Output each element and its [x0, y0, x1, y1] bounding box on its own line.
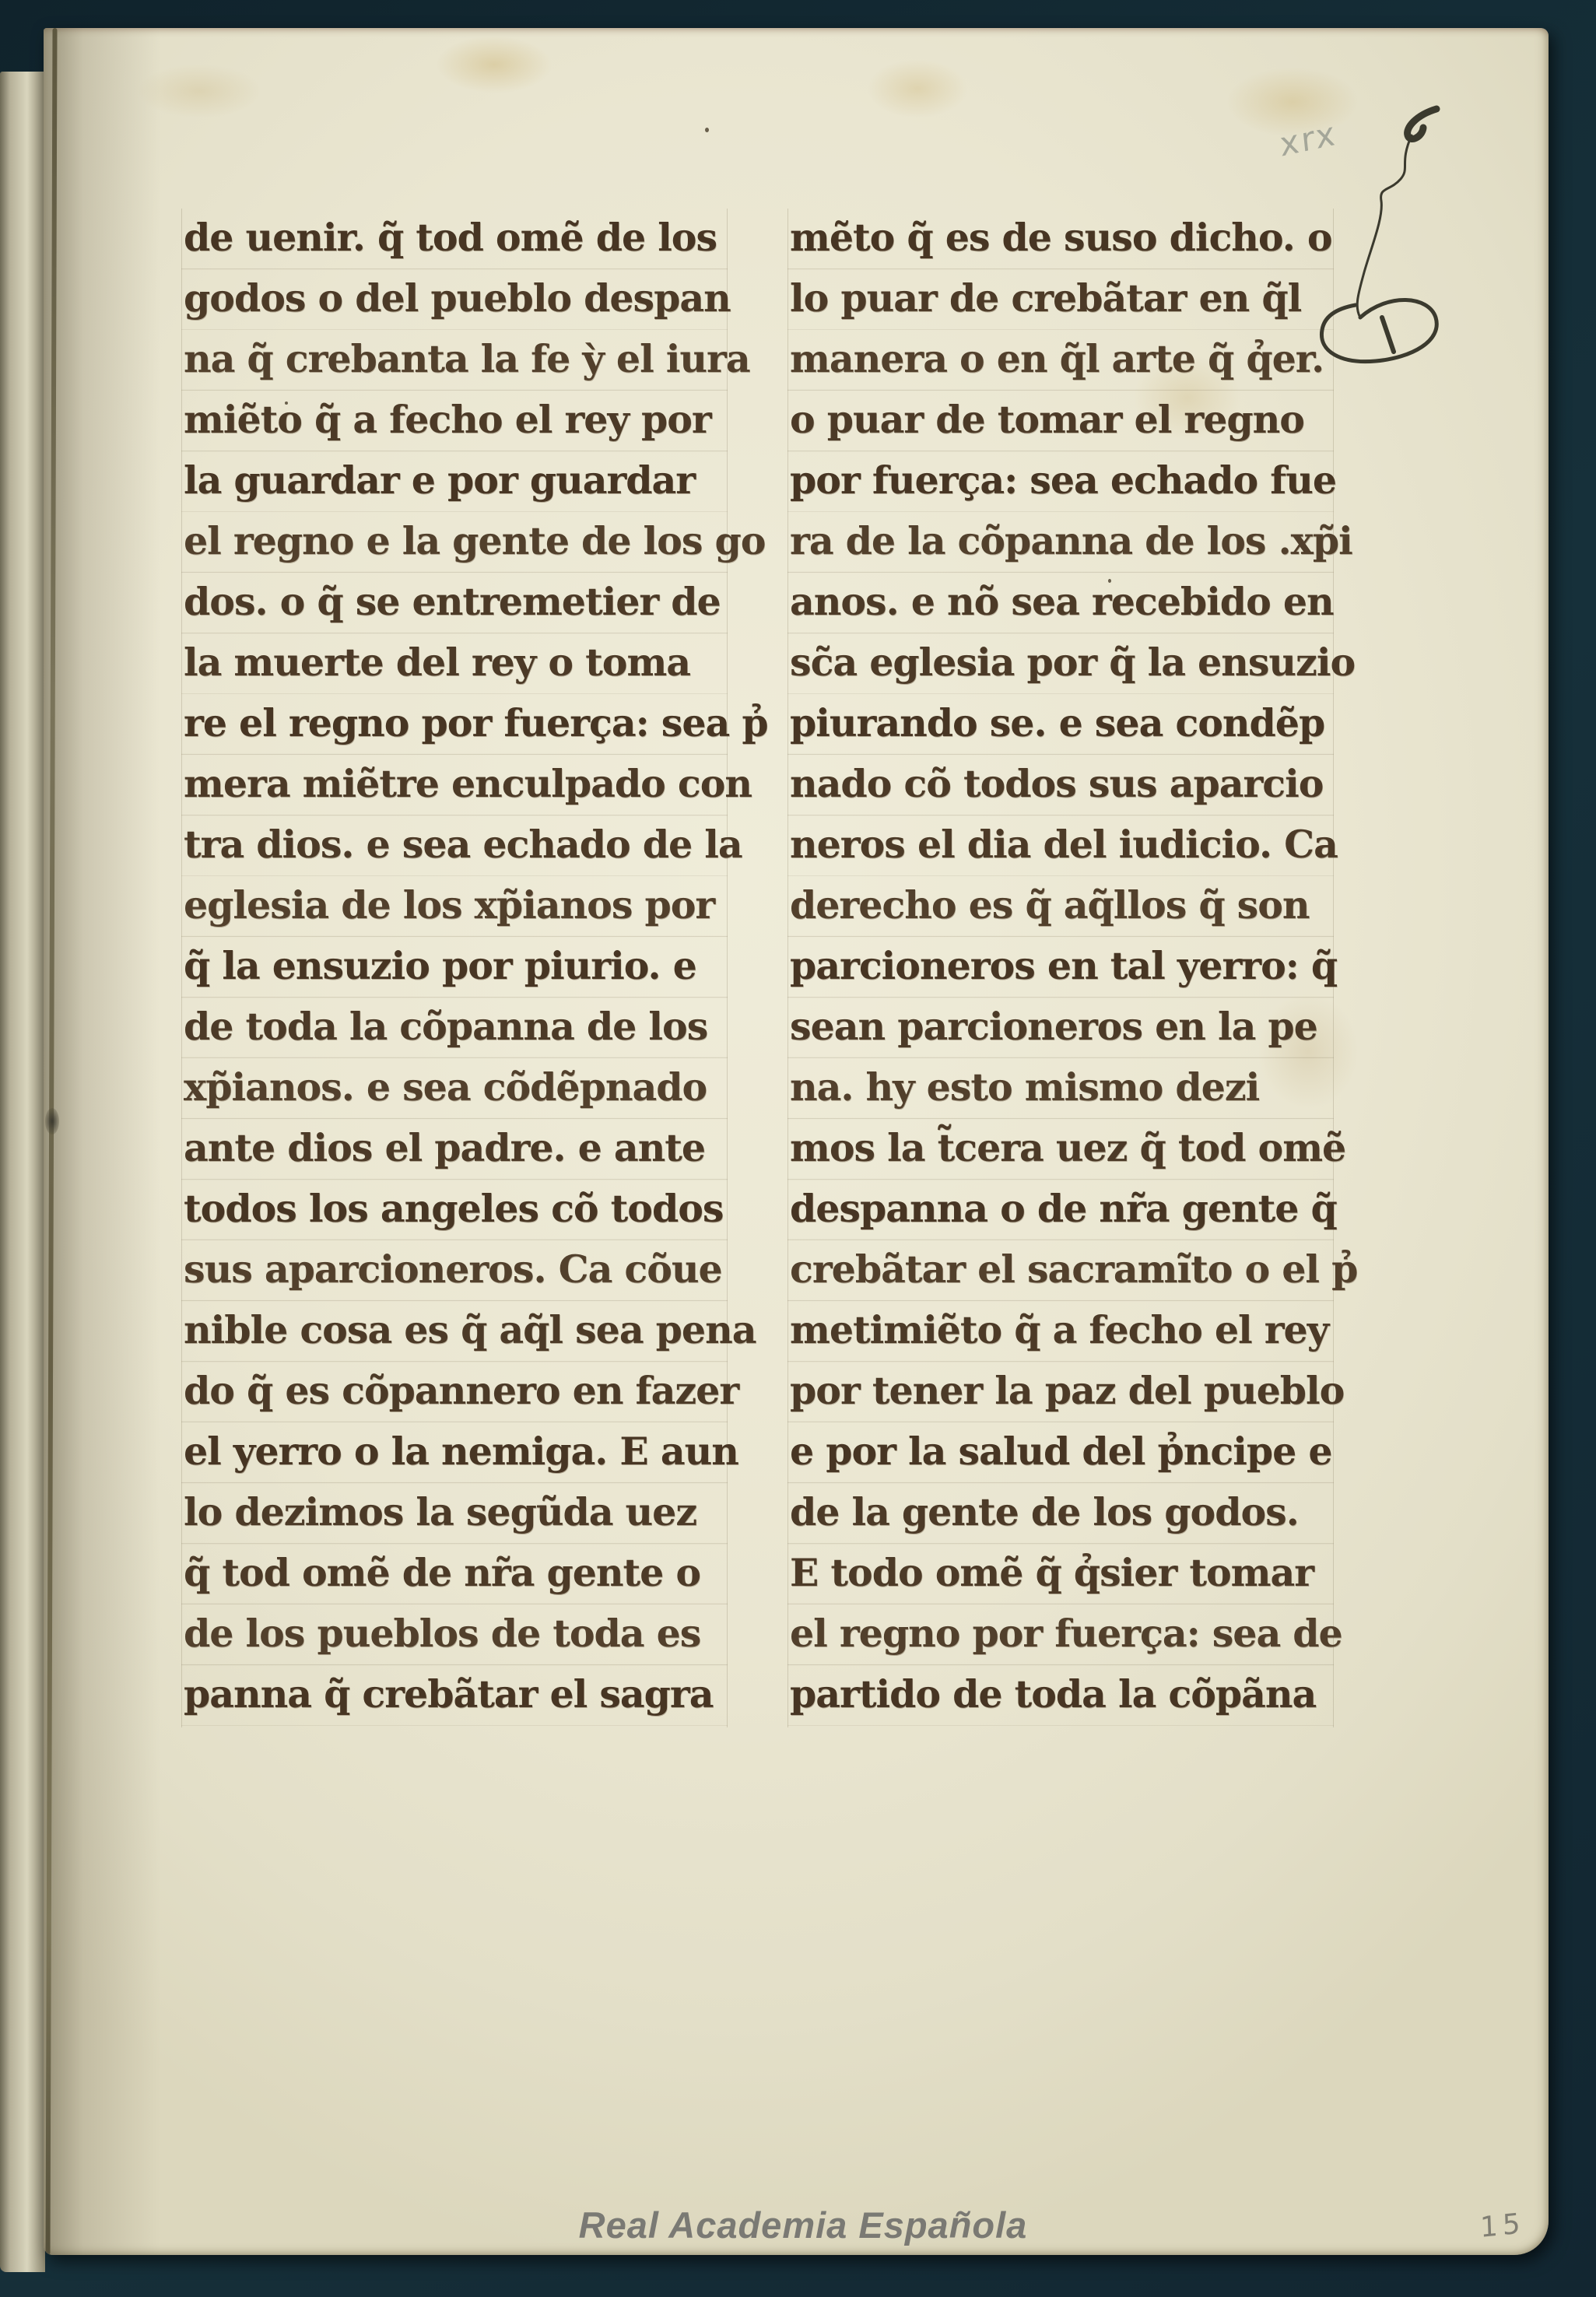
manuscript-line: neros el dia del iudicio. Ca: [788, 815, 1333, 876]
manuscript-line: el regno e la gente de los go: [182, 512, 727, 573]
gutter-shadow: [44, 28, 160, 2255]
manuscript-line: parcioneros en tal yerro: q̃: [788, 937, 1333, 998]
manuscript-line: tra dios. e sea echado de la: [182, 815, 727, 876]
manuscript-line: lo puar de crebãtar en q̃l: [788, 269, 1333, 330]
manuscript-line: dos. o q̃ se entremetier de: [182, 573, 727, 633]
manuscript-line: piurando se. e sea condẽp: [788, 694, 1333, 755]
manuscript-line: por tener la paz del pueblo: [788, 1362, 1333, 1422]
manuscript-line: de la gente de los godos.: [788, 1483, 1333, 1544]
folio-number: 15: [1479, 2208, 1525, 2244]
manuscript-line: por fuerça: sea echado fue: [788, 451, 1333, 512]
manuscript-line: la muerte del rey o toma: [182, 633, 727, 694]
manuscript-line: sean parcioneros en la pe: [788, 998, 1333, 1058]
manuscript-page: de uenir. q̃ tod omẽ de losgodos o del p…: [44, 28, 1549, 2255]
watermark-text: Real Academia Española: [336, 2204, 1270, 2246]
manuscript-line: mos la t̃cera uez q̃ tod omẽ: [788, 1119, 1333, 1180]
manuscript-line: xp̃ianos. e sea cõdẽpnado: [182, 1058, 727, 1119]
manuscript-line: partido de toda la cõpãna: [788, 1665, 1333, 1726]
manuscript-line: re el regno por fuerça: sea p̉: [182, 694, 727, 755]
photograph-background: de uenir. q̃ tod omẽ de losgodos o del p…: [0, 0, 1596, 2297]
manuscript-line: derecho es q̃ aq̃llos q̃ son: [788, 876, 1333, 937]
manuscript-line: q̃ tod omẽ de nr̃a gente o: [182, 1544, 727, 1604]
manuscript-line: de toda la cõpanna de los: [182, 998, 727, 1058]
manuscript-line: anos. e nõ sea recebido en: [788, 573, 1333, 633]
manuscript-line: lo dezimos la segũda uez: [182, 1483, 727, 1544]
manuscript-line: el yerro o la nemiga. E aun: [182, 1422, 727, 1483]
manuscript-line: nible cosa es q̃ aq̃l sea pena: [182, 1301, 727, 1362]
parchment-stain: [867, 59, 968, 118]
manuscript-line: do q̃ es cõpannero en fazer: [182, 1362, 727, 1422]
manuscript-line: el regno por fuerça: sea de: [788, 1604, 1333, 1665]
manuscript-line: nado cõ todos sus aparcio: [788, 755, 1333, 815]
manuscript-line: manera o en q̃l arte q̃ q̉er.: [788, 330, 1333, 391]
manuscript-line: sc̃a eglesia por q̃ la ensuzio: [788, 633, 1333, 694]
manuscript-line: na q̃ crebanta la fe ỳ el iura: [182, 330, 727, 391]
previous-page-edge: [0, 72, 45, 2272]
manuscript-line: e por la salud del p̉ncipe e: [788, 1422, 1333, 1483]
parchment-stain: [436, 36, 552, 93]
manuscript-line: o puar de tomar el regno: [788, 391, 1333, 451]
manuscript-line: de uenir. q̃ tod omẽ de los: [182, 209, 727, 269]
manuscript-line: ra de la cõpanna de los .xp̃i: [788, 512, 1333, 573]
manuscript-line: crebãtar el sacramĩto o el p̉: [788, 1240, 1333, 1301]
manuscript-line: mẽto q̃ es de suso dicho. o: [788, 209, 1333, 269]
ink-speck: [705, 128, 709, 132]
manuscript-line: mera miẽtre enculpado con: [182, 755, 727, 815]
manuscript-line: metimiẽto q̃ a fecho el rey: [788, 1301, 1333, 1362]
manuscript-line: de los pueblos de toda es: [182, 1604, 727, 1665]
manuscript-line: todos los angeles cõ todos: [182, 1180, 727, 1240]
manuscript-line: na. hy esto mismo dezi: [788, 1058, 1333, 1119]
manuscript-line: E todo omẽ q̃ q̉sier tomar: [788, 1544, 1333, 1604]
manuscript-line: godos o del pueblo despan: [182, 269, 727, 330]
manuscript-line: eglesia de los xp̃ianos por: [182, 876, 727, 937]
binding-knot: [45, 1108, 59, 1134]
manuscript-line: panna q̃ crebãtar el sagra: [182, 1665, 727, 1726]
manuscript-line: ante dios el padre. e ante: [182, 1119, 727, 1180]
text-column-left: de uenir. q̃ tod omẽ de losgodos o del p…: [181, 209, 728, 1727]
ink-flourish-mark: [1289, 90, 1468, 386]
text-column-right: mẽto q̃ es de suso dicho. olo puar de cr…: [787, 209, 1334, 1727]
manuscript-line: q̃ la ensuzio por piurio. e: [182, 937, 727, 998]
manuscript-line: sus aparcioneros. Ca cõue: [182, 1240, 727, 1301]
manuscript-line: despanna o de nr̃a gente q̃: [788, 1180, 1333, 1240]
manuscript-line: miẽto q̃ a fecho el rey por: [182, 391, 727, 451]
manuscript-line: la guardar e por guardar: [182, 451, 727, 512]
